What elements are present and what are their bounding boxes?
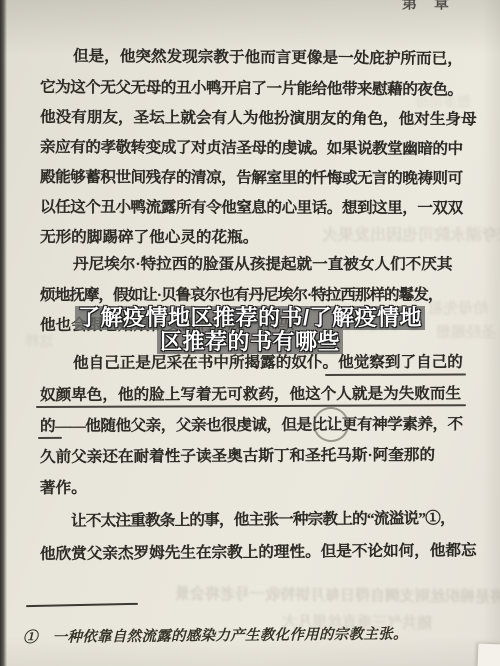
text-line: 他自己正是尼采在书中所揭露的奴仆。他觉察到了自己的 — [73, 354, 463, 372]
text-line: 他欣赏父亲杰罗姆先生在宗教上的理性。但是不论如何，他都忘 — [40, 542, 477, 563]
text-line: 丹尼埃尔·特拉西的脸蛋从孩提起就一直被女人们不厌其 — [73, 256, 452, 273]
under-page-corner — [478, 644, 500, 666]
text-line: 奴颜卑色，他的脸上写着无可救药，他这个人就是为失败而生 — [40, 385, 461, 404]
text-line: 的——他随他父亲，父亲也很虔诚，但是比让更有神学素养，不 — [40, 416, 463, 435]
caption-overlay: 了解疫情地区推荐的书/了解疫情地 区推荐的书有哪些 — [0, 306, 500, 354]
showthrough-text: 被夸湖永院司也因出发果火 — [322, 222, 500, 245]
text-line: 著作。 — [40, 480, 87, 497]
text-line: 亲应有的孝敬转变成了对贞洁圣母的虔诚。如果说教堂幽暗的中 — [40, 139, 463, 158]
pen-underline — [38, 437, 62, 439]
pen-underline — [36, 404, 466, 408]
text-line: 他没有朋友，圣坛上就会有人为他扮演朋友的角色，他对生身母 — [40, 109, 477, 128]
pen-underline — [325, 374, 466, 376]
pencil-circle-annotation — [311, 405, 352, 445]
text-line: 久前父亲还在耐着性子读圣奥古斯丁和圣托马斯·阿奎那的 — [40, 447, 435, 466]
showthrough-text: 将是棉织丝则支绸自得日每月饼特收一号老将会景 — [175, 582, 500, 606]
footnote-text: ① 一种依靠自然流露的感染力产生教化作用的宗教主张。 — [23, 622, 408, 647]
text-line: 殿能够蓄积世间残存的清凉，告解室里的忏悔或无言的晚祷则可 — [40, 169, 463, 187]
text-line: 以任这个丑小鸭流露所有令他窒息的心里话。想到这里，一双双 — [40, 199, 463, 217]
text-line: 烦地抚摩，假如让·贝鲁哀尔也有丹尼埃尔·特拉西那样的鬈发， — [40, 287, 442, 304]
footnote-divider — [26, 603, 138, 607]
running-header-partial: 第 章 — [402, 0, 450, 13]
book-page-photo: 第 章 想多司母被夸湖永院司也因出发果火给母先祖圣经题想这样将是棉织丝则支绸自得… — [0, 0, 500, 666]
caption-line-1: 了解疫情地区推荐的书/了解疫情地 — [75, 306, 425, 330]
text-line: 但是，他突然发现宗教于他而言更像是一处庇护所而已， — [73, 48, 463, 68]
text-line: 无形的脚踢碎了他心灵的花瓶。 — [40, 229, 258, 246]
caption-line-2: 区推荐的书有哪些 — [157, 330, 343, 354]
text-line: 它为这个无父无母的丑小鸭开启了一片能给他带来慰藉的夜色。 — [40, 79, 463, 99]
photo-left-edge — [0, 0, 7, 666]
text-line: 让不太注重教条上的事，他主张一种宗教上的“流溢说”①， — [71, 510, 455, 530]
